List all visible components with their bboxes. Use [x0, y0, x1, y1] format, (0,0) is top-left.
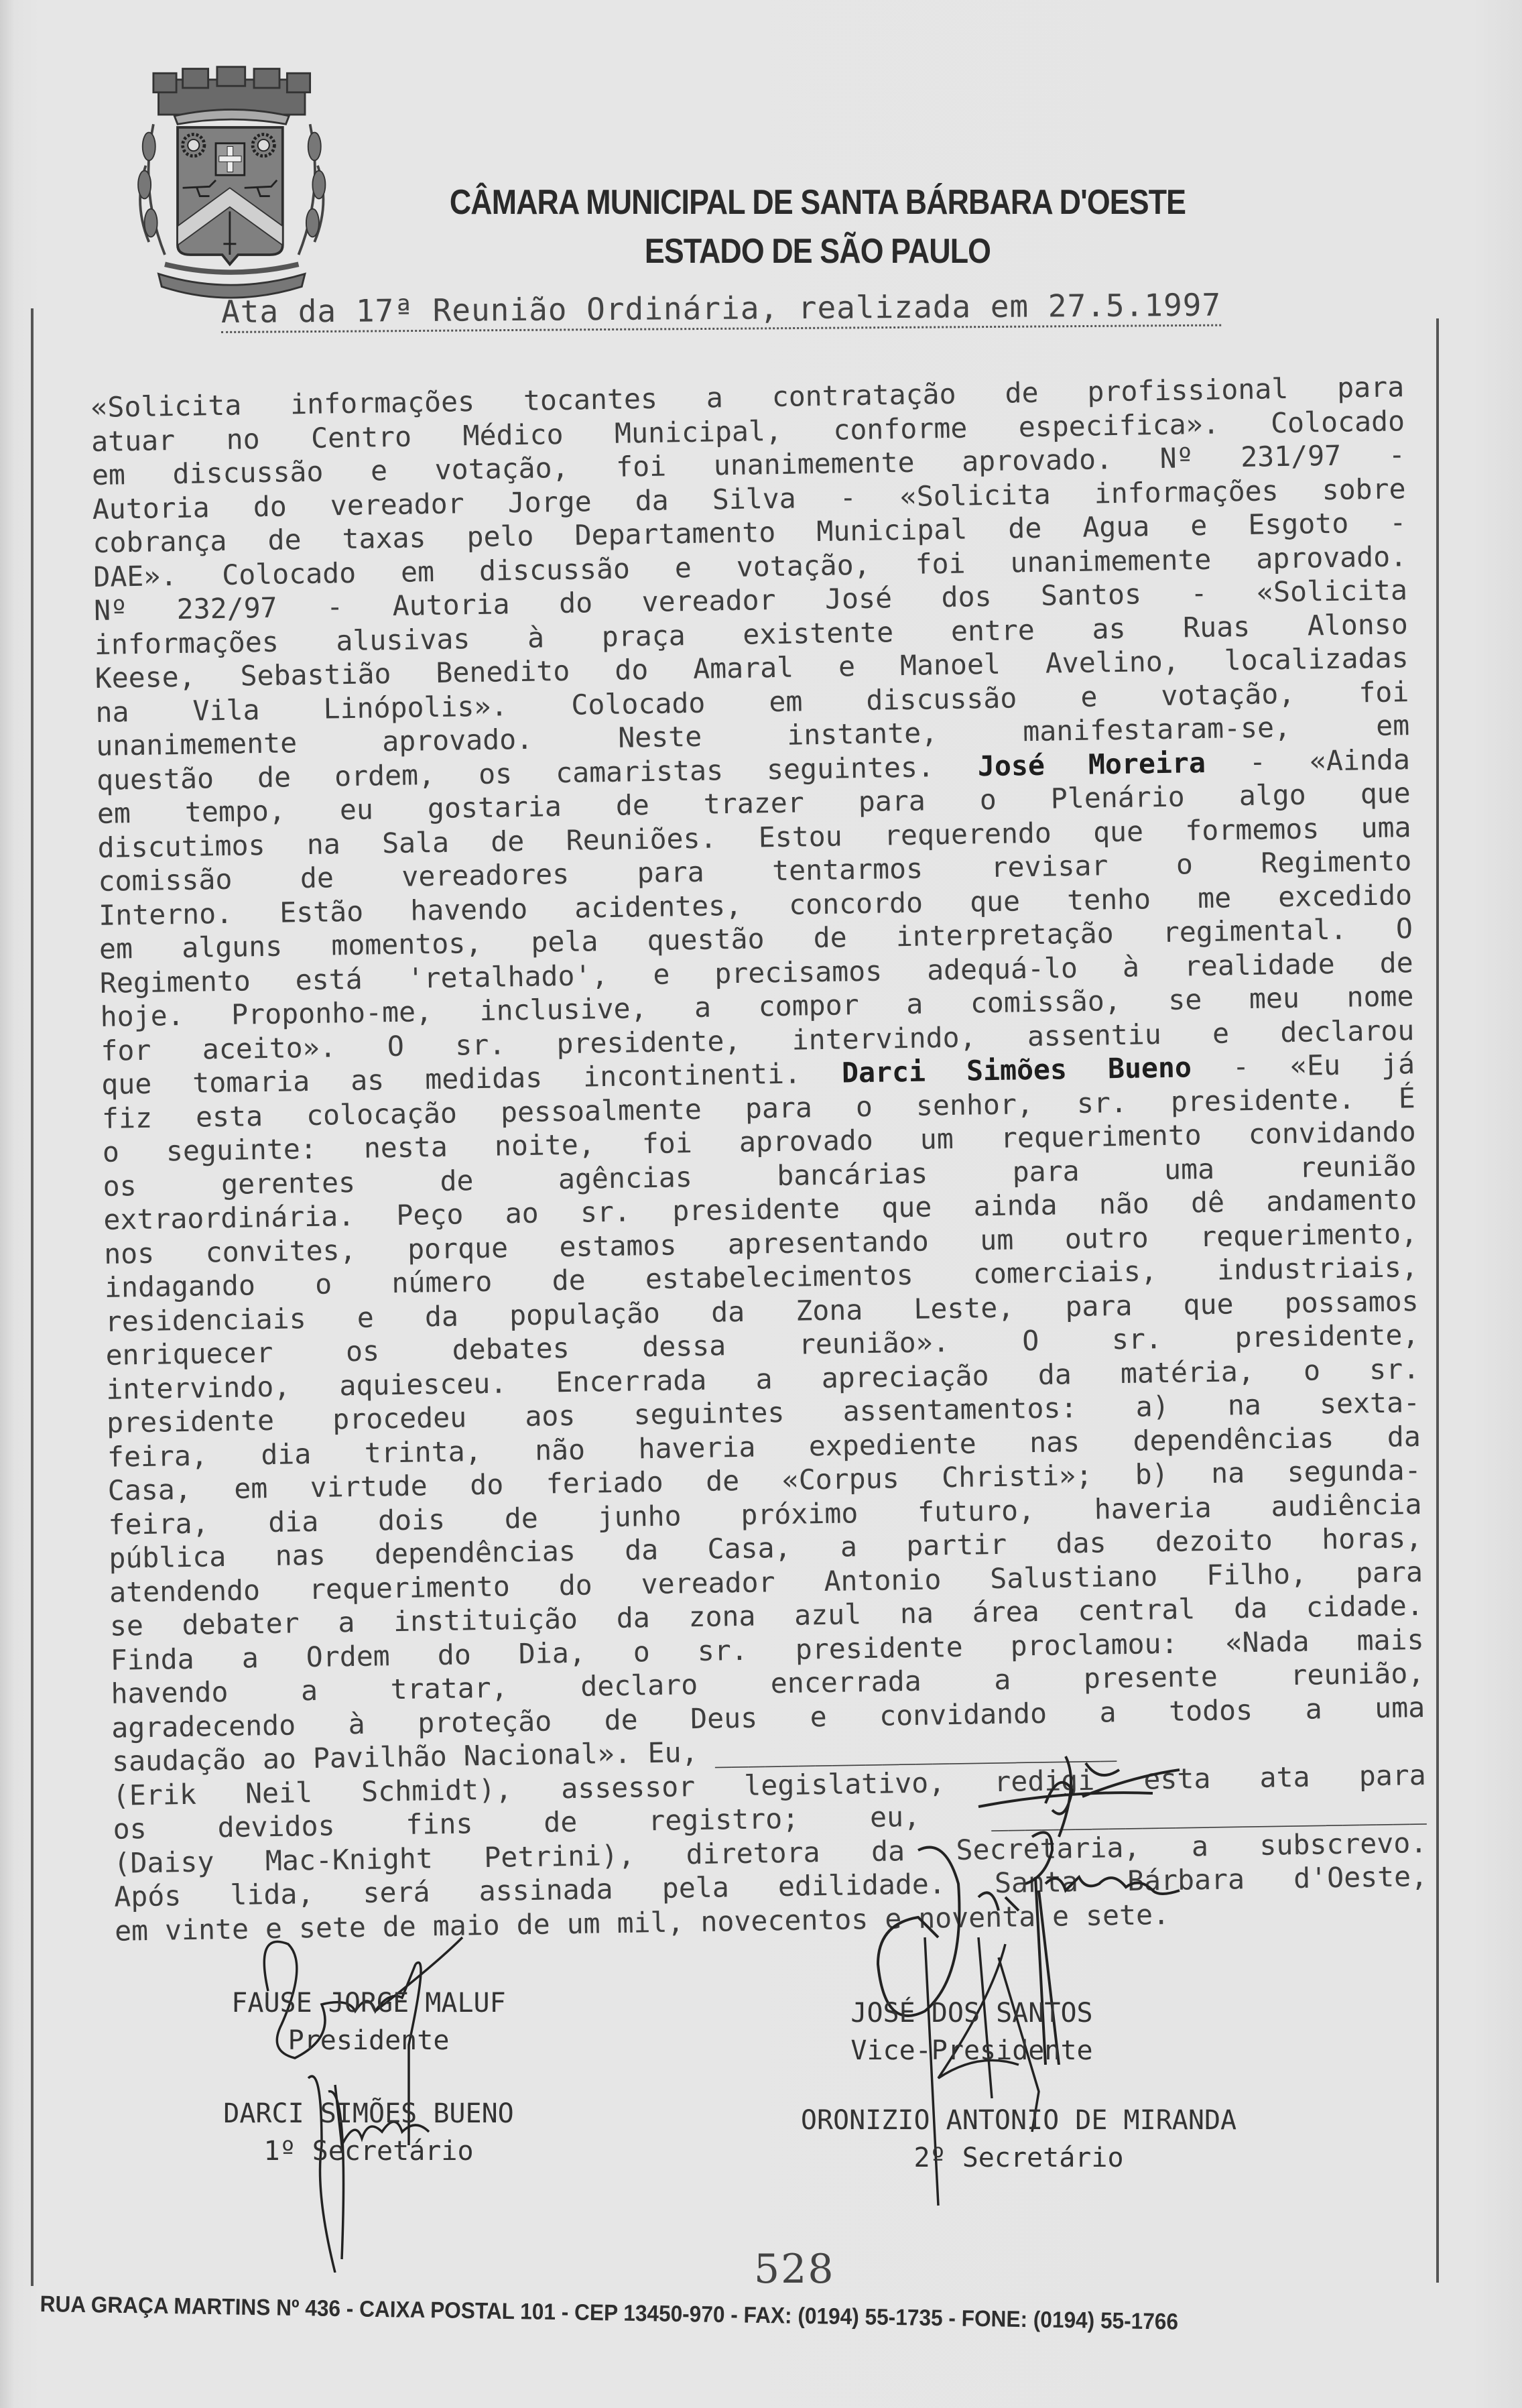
minutes-body: «Solicita informações tocantes a contrat…: [90, 370, 1428, 1947]
footer-address: RUA GRAÇA MARTINS Nº 436 - CAIXA POSTAL …: [40, 2291, 1361, 2338]
speaker-name: Darci Simões Bueno: [842, 1050, 1192, 1089]
page-number: 528: [754, 2246, 835, 2293]
institution-name: CÂMARA MUNICIPAL DE SANTA BÁRBARA D'OEST…: [357, 182, 1279, 223]
signatory-name: DARCI SIMÕES BUENO: [223, 2098, 513, 2129]
signatory-role: Vice-Presidente: [850, 2035, 1092, 2066]
signatory-first-secretary: DARCI SIMÕES BUENO 1º Secretário: [168, 2095, 570, 2170]
state-name: ESTADO DE SÃO PAULO: [357, 231, 1279, 272]
municipal-coat-of-arms-icon: [114, 64, 369, 318]
left-border-rule: [31, 308, 34, 2286]
right-border-rule: [1436, 318, 1439, 2283]
signatory-name: FAUSE JORGE MALUF: [231, 1988, 505, 2019]
signatory-vice-president: JOSÉ DOS SANTOS Vice-Presidente: [771, 1994, 1173, 2069]
minutes-title: Ata da 17ª Reunião Ordinária, realizada …: [221, 287, 1221, 333]
document-page: CÂMARA MUNICIPAL DE SANTA BÁRBARA D'OEST…: [0, 0, 1522, 2408]
signatory-president: FAUSE JORGE MALUF Presidente: [168, 1984, 570, 2059]
signatory-role: 1º Secretário: [263, 2136, 473, 2167]
signatory-name: ORONIZIO ANTONIO DE MIRANDA: [801, 2105, 1236, 2136]
signatory-second-secretary: ORONIZIO ANTONIO DE MIRANDA 2º Secretári…: [751, 2102, 1287, 2177]
signatory-name: JOSÉ DOS SANTOS: [850, 1998, 1092, 2029]
signatory-role: Presidente: [288, 2025, 450, 2056]
speaker-name: José Moreira: [978, 745, 1206, 782]
signatory-role: 2º Secretário: [913, 2143, 1123, 2173]
